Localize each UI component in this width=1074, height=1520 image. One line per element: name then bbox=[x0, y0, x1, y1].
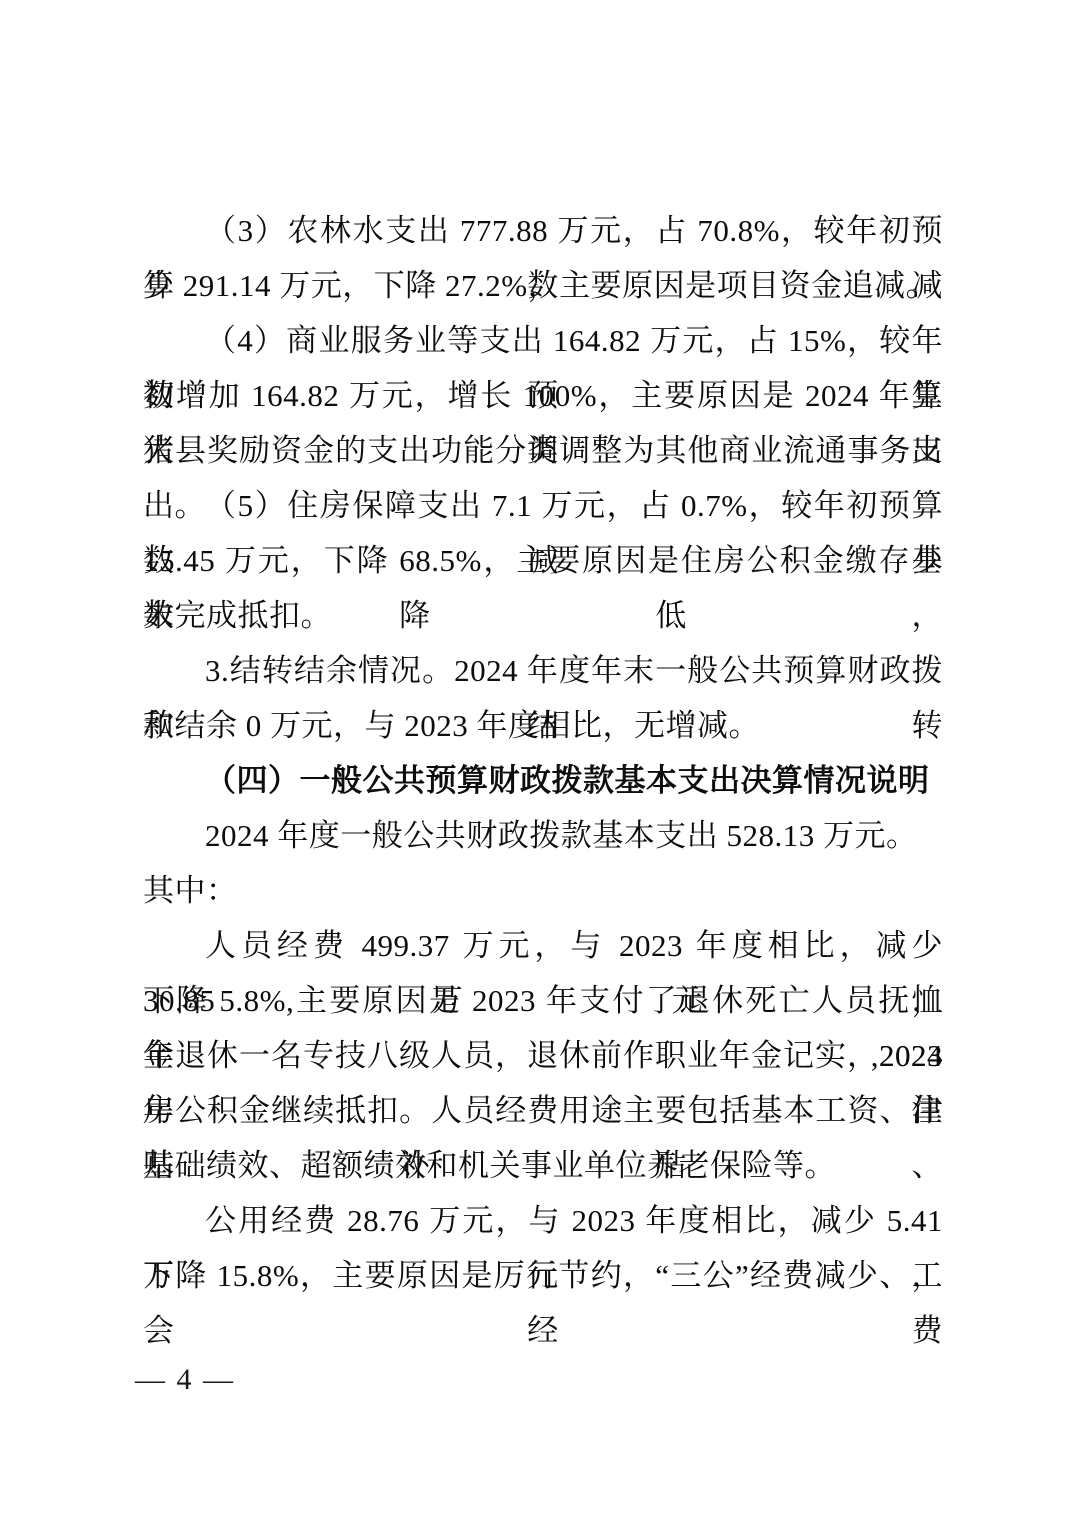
text-line: （3）农林水支出 777.88 万元，占 70.8%，较年初预算数减 bbox=[143, 203, 943, 258]
text-line: 下降 15.8%，主要原因是厉行节约，“三公”经费减少、工会经费 bbox=[143, 1248, 943, 1303]
text-line: （5）住房保障支出 7.1 万元，占 0.7%，较年初预算数减少 bbox=[143, 478, 943, 533]
text-line: 房公积金继续抵扣。人员经费用途主要包括基本工资、津贴补贴、 bbox=[143, 1083, 943, 1138]
text-line: 人员经费 499.37 万元，与 2023 年度相比，减少 30.85 万元， bbox=[143, 918, 943, 973]
text-line: 其中： bbox=[143, 863, 943, 918]
text-line: （4）商业服务业等支出 164.82 万元，占 15%，较年初预算 bbox=[143, 313, 943, 368]
text-line: （四）一般公共预算财政拨款基本支出决算情况说明 bbox=[143, 753, 943, 808]
text-line: 15.45 万元，下降 68.5%，主要原因是住房公积金缴存基数降低， bbox=[143, 533, 943, 588]
text-line: 基础绩效、超额绩效和机关事业单位养老保险等。 bbox=[143, 1138, 943, 1193]
text-line: 3.结转结余情况。2024 年度年末一般公共预算财政拨款结转 bbox=[143, 643, 943, 698]
text-line: 数增加 164.82 万元，增长 100%，主要原因是 2024 年生猪调出 bbox=[143, 368, 943, 423]
document-page: （3）农林水支出 777.88 万元，占 70.8%，较年初预算数减少 291.… bbox=[0, 0, 1074, 1520]
document-body: （3）农林水支出 777.88 万元，占 70.8%，较年初预算数减少 291.… bbox=[143, 203, 943, 1303]
text-line: 少 291.14 万元，下降 27.2%，主要原因是项目资金追减。 bbox=[143, 258, 943, 313]
text-line: 大县奖励资金的支出功能分类调整为其他商业流通事务支出。 bbox=[143, 423, 943, 478]
text-line: 年退休一名专技八级人员，退休前作职业年金记实，2024 年住 bbox=[143, 1028, 943, 1083]
page-number: — 4 — bbox=[135, 1362, 235, 1398]
text-line: 公用经费 28.76 万元，与 2023 年度相比，减少 5.41 万元， bbox=[143, 1193, 943, 1248]
text-line: 下降 5.8%,主要原因是 2023 年支付了退休死亡人员抚恤金,2023 bbox=[143, 973, 943, 1028]
text-line: 2024 年度一般公共财政拨款基本支出 528.13 万元。 bbox=[143, 808, 943, 863]
